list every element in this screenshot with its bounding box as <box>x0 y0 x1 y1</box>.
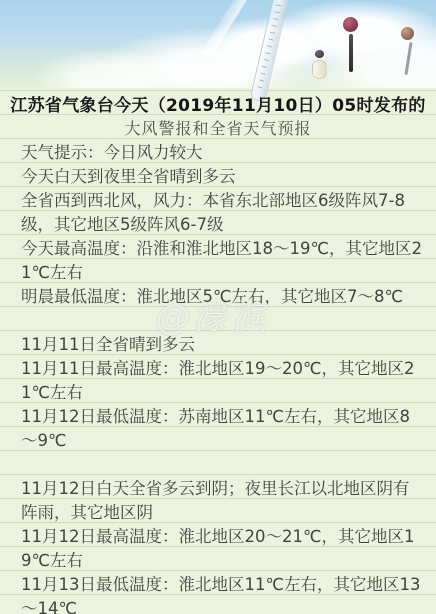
pin-icon-small <box>312 50 327 79</box>
forecast-spacer <box>21 453 423 477</box>
thermometer-scale <box>257 0 283 92</box>
forecast-line: 11月12日白天全省多云到阴；夜里长江以北地区阴有阵雨，其它地区阴 <box>21 477 423 525</box>
forecast-line: 全省西到西北风，风力：本省东北部地区6级阵风7-8级，其它地区5级阵风6-7级 <box>21 189 423 237</box>
forecast-line: 今天白天到夜里全省晴到多云 <box>21 165 423 189</box>
pin-ball <box>343 17 358 32</box>
bulletin-subtitle: 大风警报和全省天气预报 <box>0 116 436 139</box>
forecast-line: 11月12日最高温度：淮北地区20～21℃，其它地区19℃左右 <box>21 525 423 573</box>
pin-stem <box>349 34 353 72</box>
pin-stem <box>404 42 412 75</box>
forecast-line: 11月11日全省晴到多云 <box>21 333 423 357</box>
pin-capsule <box>312 60 327 79</box>
forecast-line: 11月13日最低温度：淮北地区11℃左右，其它地区13～14℃ <box>21 573 423 614</box>
pin-icon-right <box>401 27 414 75</box>
weather-bulletin-page: 江苏省气象台今天（2019年11月10日）05时发布的 大风警报和全省天气预报 … <box>0 0 436 614</box>
forecast-line: 明晨最低温度：淮北地区5℃左右，其它地区7～8℃ <box>21 285 423 309</box>
forecast-line: 天气提示：今日风力较大 <box>21 141 423 165</box>
forecast-text: 天气提示：今日风力较大今天白天到夜里全省晴到多云全省西到西北风，风力：本省东北部… <box>21 141 423 614</box>
header-illustration <box>0 0 436 88</box>
forecast-line: 11月12日最低温度：苏南地区11℃左右，其它地区8～9℃ <box>21 405 423 453</box>
forecast-line: 今天最高温度：沿淮和淮北地区18～19℃，其它地区21℃左右 <box>21 237 423 285</box>
pin-ball <box>315 50 324 58</box>
forecast-spacer <box>21 309 423 333</box>
forecast-line: 11月11日最高温度：淮北地区19～20℃，其它地区21℃左右 <box>21 357 423 405</box>
pin-icon-tall <box>343 17 358 72</box>
wind-vane-icon <box>201 0 261 58</box>
thermometer-icon <box>250 0 291 102</box>
pin-ball <box>401 27 414 40</box>
bulletin-title: 江苏省气象台今天（2019年11月10日）05时发布的 <box>0 91 436 116</box>
